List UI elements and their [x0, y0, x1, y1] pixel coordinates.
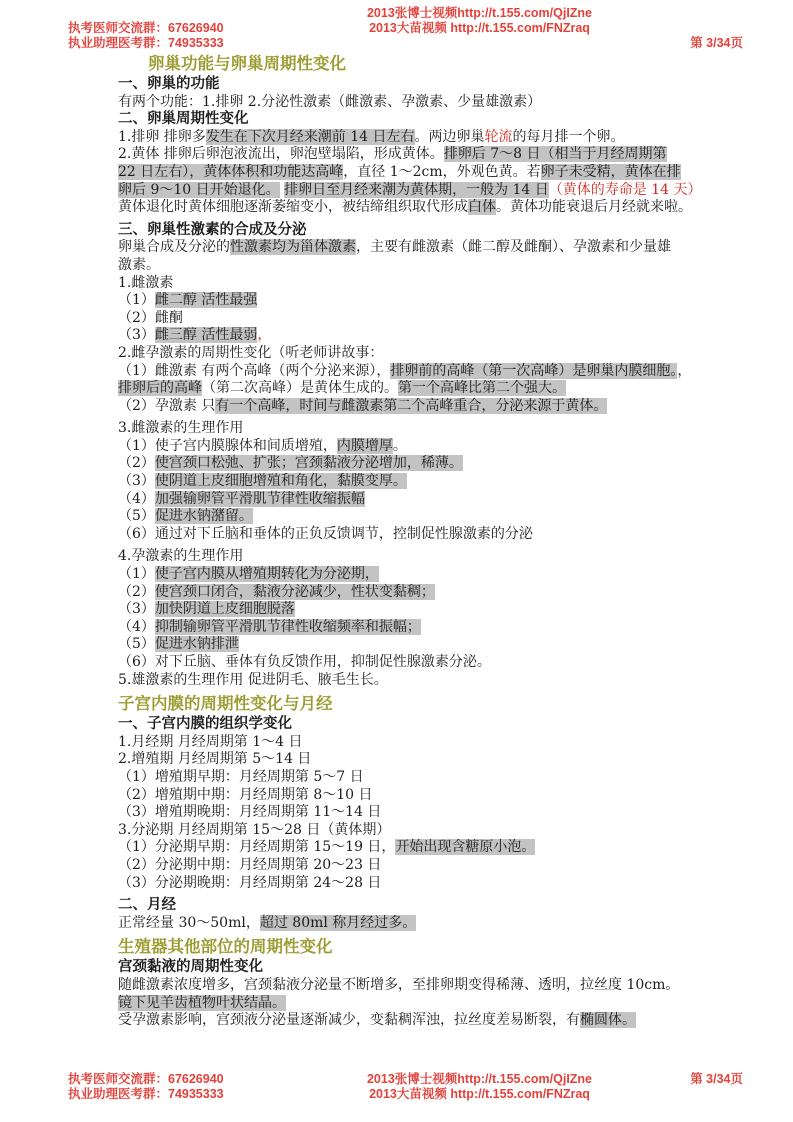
text-segment: （6）对下丘脑、垂体有负反馈作用，抑制促性腺激素分泌。: [118, 654, 491, 670]
text-segment: 正常经量 30～50ml，: [118, 915, 260, 931]
text-segment: 受孕激素影响，宫颈液分泌量逐渐减少，变黏稠浑浊，拉丝度差易断裂，有: [118, 1012, 580, 1028]
highlighted-text: 卵后 9～10 日开始退化。: [118, 182, 280, 198]
footer-center-text: 2013张博士视频http://t.155.com/QjIZne: [308, 1072, 651, 1087]
highlighted-text: 椭圆体。: [580, 1012, 636, 1028]
text-line: （1）雌激素 有两个高峰（两个分泌来源），排卵前的高峰（第一次高峰）是卵巢内膜细…: [118, 363, 792, 381]
text-segment: （第二次高峰）是黄体生成的。: [202, 380, 398, 396]
text-segment: （1）增殖期早期：月经周期第 5～7 日: [118, 769, 364, 785]
text-line: 2.增殖期 月经周期第 5～14 日: [118, 751, 792, 769]
text-line: 1.雌激素: [118, 275, 792, 293]
text-segment: 1.月经期 月经周期第 1～4 日: [118, 734, 303, 750]
highlighted-text: 开始出现含糖原小泡。: [395, 839, 535, 855]
text-line: 有两个功能：1.排卵 2.分泌性激素（雌激素、孕激素、少量雄激素）: [118, 94, 792, 112]
text-segment: （1）: [118, 566, 155, 582]
text-segment: （2）孕激素 只: [118, 398, 215, 414]
text-segment: 二、月经: [118, 897, 176, 913]
text-line: （3）分泌期晚期：月经周期第 24～28 日: [118, 875, 792, 893]
text-segment: 随雌激素浓度增多，宫颈黏液分泌量不断增多，至排卵期变得稀薄、透明，拉丝度 10c…: [118, 977, 679, 993]
text-line: 排卵后的高峰（第二次高峰）是黄体生成的。第一个高峰比第二个强大。: [118, 380, 792, 398]
text-segment: （4）: [118, 491, 155, 507]
text-line: 镜下见羊齿植物叶状结晶。: [118, 995, 792, 1013]
section-heading: 一、子宫内膜的组织学变化: [118, 716, 792, 734]
highlighted-text: 白体: [468, 199, 496, 215]
text-line: （6）对下丘脑、垂体有负反馈作用，抑制促性腺激素分泌。: [118, 654, 792, 672]
text-line: 3.分泌期 月经周期第 15～28 日（黄体期）: [118, 822, 792, 840]
text-segment: 激素。: [118, 257, 160, 273]
header-left-text: 执考医师交流群：67626940: [68, 21, 308, 36]
document-page: 2013张博士视频http://t.155.com/QjIZne执考医师交流群：…: [0, 0, 793, 1122]
text-segment: 。黄体功能衰退后月经就来啦。: [496, 199, 692, 215]
text-segment: 4.孕激素的生理作用: [118, 548, 243, 564]
text-segment: （1）: [118, 292, 155, 308]
text-segment: （3）: [118, 473, 155, 489]
header-right-text: 第 3/34页: [651, 36, 743, 51]
header-left-text: 执业助理医考群：74935333: [68, 36, 308, 51]
footer-right-text: 第 3/34页: [651, 1072, 743, 1087]
highlighted-text: 有一个高峰，时间与雌激素第二个高峰重合，分泌来源于黄体。: [215, 398, 607, 414]
text-line: （1）雌二醇 活性最强: [118, 292, 792, 310]
text-line: 5.雄激素的生理作用 促进阴毛、腋毛生长。: [118, 672, 792, 690]
text-segment: ，直径 1～2cm，外观色黄。若: [343, 164, 540, 180]
text-segment: （1）雌激素 有两个高峰（两个分泌来源），: [118, 363, 390, 379]
text-line: （1）增殖期早期：月经周期第 5～7 日: [118, 769, 792, 787]
header-row: 执考医师交流群：676269402013大苗视频 http://t.155.co…: [68, 21, 743, 36]
text-segment: （3）: [118, 601, 155, 617]
text-segment: （1）使子宫内膜腺体和间质增殖，: [118, 438, 337, 454]
text-line: 2.黄体 排卵后卵泡液流出，卵泡壁塌陷，形成黄体。排卵后 7～8 日（相当于月经…: [118, 146, 792, 164]
section-heading: 一、卵巢的功能: [118, 76, 792, 94]
document-body: 卵巢功能与卵巢周期性变化一、卵巢的功能有两个功能：1.排卵 2.分泌性激素（雌激…: [118, 50, 792, 1030]
text-line: （2）使宫颈口闭合，黏液分泌减少，性状变黏稠；: [118, 584, 792, 602]
header-row: 执业助理医考群：74935333第 3/34页: [68, 36, 743, 51]
text-segment: （2）增殖期中期：月经周期第 8～10 日: [118, 787, 373, 803]
text-segment: 2.增殖期 月经周期第 5～14 日: [118, 751, 311, 767]
text-segment: 卵巢功能与卵巢周期性变化: [148, 55, 346, 73]
highlighted-text: 内膜增厚: [337, 438, 393, 454]
text-line: （3）加快阴道上皮细胞脱落: [118, 601, 792, 619]
text-line: 1.排卵 排卵多发生在下次月经来潮前 14 日左右。两边卵巢轮流的每月排一个卵。: [118, 129, 792, 147]
text-segment: 生殖器其他部位的周期性变化: [118, 938, 333, 956]
header-center-text: 2013张博士视频http://t.155.com/QjIZne: [308, 6, 651, 21]
text-line: 22 日左右），黄体体积和功能达高峰，直径 1～2cm，外观色黄。若卵子未受精，…: [118, 164, 792, 182]
text-segment: （1）分泌期早期：月经周期第 15～19 日，: [118, 839, 395, 855]
text-line: 2.雌孕激素的周期性变化（听老师讲故事：: [118, 345, 792, 363]
highlighted-text: 加快阴道上皮细胞脱落: [155, 601, 295, 617]
text-line: （3）雌三醇 活性最弱，: [118, 327, 792, 345]
text-segment: （3）: [118, 327, 155, 343]
page-header: 2013张博士视频http://t.155.com/QjIZne执考医师交流群：…: [68, 6, 743, 51]
text-segment: 。两边卵巢: [415, 129, 485, 145]
text-line: （1）使子宫内膜腺体和间质增殖，内膜增厚。: [118, 438, 792, 456]
text-segment: （6）通过对下丘脑和垂体的正负反馈调节，控制促性腺激素的分泌: [118, 526, 533, 542]
highlighted-text: 超过 80ml 称月经过多。: [260, 915, 416, 931]
text-segment: 。: [393, 438, 407, 454]
text-line: 1.月经期 月经周期第 1～4 日: [118, 734, 792, 752]
highlighted-text: 排卵后的高峰: [118, 380, 202, 396]
section-title: 生殖器其他部位的周期性变化: [118, 937, 792, 957]
text-segment: 子宫内膜的周期性变化与月经: [118, 695, 333, 713]
text-line: （2）增殖期中期：月经周期第 8～10 日: [118, 787, 792, 805]
footer-row: 执考医师交流群：676269402013张博士视频http://t.155.co…: [68, 1072, 743, 1087]
red-emphasis-text: 轮流: [485, 129, 513, 145]
text-segment: ，主要有雌激素（雌二醇及雌酮）、孕激素和少量雄: [356, 239, 671, 255]
text-line: （2）孕激素 只有一个高峰，时间与雌激素第二个高峰重合，分泌来源于黄体。: [118, 398, 792, 416]
highlighted-text: 抑制输卵管平滑肌节律性收缩频率和振幅；: [155, 619, 421, 635]
text-line: 正常经量 30～50ml，超过 80ml 称月经过多。: [118, 915, 792, 933]
highlighted-text: 发生在下次月经来潮前 14 日左右: [206, 129, 415, 145]
text-line: （3）增殖期晚期：月经周期第 11～14 日: [118, 804, 792, 822]
highlighted-text: 第一个高峰比第二个强大。: [398, 380, 566, 396]
red-emphasis-text: （黄体的寿命是 14 天）: [549, 182, 702, 198]
section-heading: 二、月经: [118, 897, 792, 915]
highlighted-text: 镜下见羊齿植物叶状结晶。: [118, 995, 286, 1011]
section-heading: 三、卵巢性激素的合成及分泌: [118, 222, 792, 240]
text-segment: 一、卵巢的功能: [118, 76, 220, 92]
text-line: （2）雌酮: [118, 310, 792, 328]
section-title: 卵巢功能与卵巢周期性变化: [118, 54, 792, 74]
text-segment: 一、子宫内膜的组织学变化: [118, 716, 292, 732]
text-segment: （2）: [118, 455, 155, 471]
text-segment: （4）: [118, 619, 155, 635]
text-segment: （3）增殖期晚期：月经周期第 11～14 日: [118, 804, 381, 820]
section-heading: 宫颈黏液的周期性变化: [118, 959, 792, 977]
text-segment: （2）雌酮: [118, 310, 183, 326]
text-line: （6）通过对下丘脑和垂体的正负反馈调节，控制促性腺激素的分泌: [118, 526, 792, 544]
highlighted-text: 使宫颈口松弛、扩张；宫颈黏液分泌增加，稀薄。: [155, 455, 463, 471]
text-segment: 卵巢合成及分泌的: [118, 239, 230, 255]
text-line: （4）抑制输卵管平滑肌节律性收缩频率和振幅；: [118, 619, 792, 637]
text-line: 卵后 9～10 日开始退化。 排卵日至月经来潮为黄体期，一般为 14 日（黄体的…: [118, 182, 792, 200]
highlighted-text: 排卵前的高峰（第一次高峰）是卵巢内膜细胞。: [390, 363, 677, 379]
text-line: 3.雌激素的生理作用: [118, 420, 792, 438]
text-segment: （5）: [118, 636, 155, 652]
text-segment: 黄体退化时黄体细胞逐渐萎缩变小，被结缔组织取代形成: [118, 199, 468, 215]
text-segment: 1.排卵 排卵多: [118, 129, 206, 145]
text-segment: 2.黄体 排卵后卵泡液流出，卵泡壁塌陷，形成黄体。: [118, 146, 444, 162]
header-center-text: 2013大苗视频 http://t.155.com/FNZraq: [308, 21, 651, 36]
highlighted-text: 促进水钠排泄: [155, 636, 239, 652]
text-line: 受孕激素影响，宫颈液分泌量逐渐减少，变黏稠浑浊，拉丝度差易断裂，有椭圆体。: [118, 1012, 792, 1030]
text-segment: 二、卵巢周期性变化: [118, 111, 249, 127]
text-line: 随雌激素浓度增多，宫颈黏液分泌量不断增多，至排卵期变得稀薄、透明，拉丝度 10c…: [118, 977, 792, 995]
highlighted-text: 性激素均为甾体激素: [230, 239, 356, 255]
text-line: （1）使子宫内膜从增殖期转化为分泌期，: [118, 566, 792, 584]
footer-row: 执业助理医考群：749353332013大苗视频 http://t.155.co…: [68, 1087, 743, 1102]
section-title: 子宫内膜的周期性变化与月经: [118, 694, 792, 714]
highlighted-text: 加强输卵管平滑肌节律性收缩振幅: [155, 491, 365, 507]
text-line: 激素。: [118, 257, 792, 275]
text-segment: （3）分泌期晚期：月经周期第 24～28 日: [118, 875, 381, 891]
text-line: 卵巢合成及分泌的性激素均为甾体激素，主要有雌激素（雌二醇及雌酮）、孕激素和少量雄: [118, 239, 792, 257]
text-segment: ，: [677, 363, 691, 379]
text-segment: 5.雄激素的生理作用 促进阴毛、腋毛生长。: [118, 672, 388, 688]
page-footer: 执考医师交流群：676269402013张博士视频http://t.155.co…: [68, 1072, 743, 1102]
text-segment: 2.雌孕激素的周期性变化（听老师讲故事：: [118, 345, 383, 361]
text-segment: 有两个功能：1.排卵 2.分泌性激素（雌激素、孕激素、少量雄激素）: [118, 94, 541, 110]
footer-center-text: 2013大苗视频 http://t.155.com/FNZraq: [308, 1087, 651, 1102]
highlighted-text: 促进水钠潴留。: [155, 508, 253, 524]
red-emphasis-text: ，: [257, 327, 271, 343]
text-segment: （2）分泌期中期：月经周期第 20～23 日: [118, 857, 381, 873]
text-segment: （2）: [118, 584, 155, 600]
highlighted-text: 排卵日至月经来潮为黄体期，一般为 14 日: [284, 182, 549, 198]
footer-left-text: 执业助理医考群：74935333: [68, 1087, 308, 1102]
section-heading: 二、卵巢周期性变化: [118, 111, 792, 129]
text-line: 黄体退化时黄体细胞逐渐萎缩变小，被结缔组织取代形成白体。黄体功能衰退后月经就来啦…: [118, 199, 792, 217]
text-segment: 三、卵巢性激素的合成及分泌: [118, 222, 307, 238]
highlighted-text: 使宫颈口闭合，黏液分泌减少，性状变黏稠；: [155, 584, 435, 600]
highlighted-text: 雌三醇 活性最弱: [155, 327, 257, 343]
header-row: 2013张博士视频http://t.155.com/QjIZne: [68, 6, 743, 21]
text-line: （3）使阴道上皮细胞增殖和角化，黏膜变厚。: [118, 473, 792, 491]
text-line: （2）使宫颈口松弛、扩张；宫颈黏液分泌增加，稀薄。: [118, 455, 792, 473]
text-segment: 3.分泌期 月经周期第 15～28 日（黄体期）: [118, 822, 390, 838]
text-segment: 的每月排一个卵。: [513, 129, 625, 145]
text-line: （1）分泌期早期：月经周期第 15～19 日，开始出现含糖原小泡。: [118, 839, 792, 857]
highlighted-text: 使子宫内膜从增殖期转化为分泌期，: [155, 566, 379, 582]
highlighted-text: 排卵后 7～8 日（相当于月经周期第: [444, 146, 667, 162]
text-segment: 3.雌激素的生理作用: [118, 420, 243, 436]
text-line: 4.孕激素的生理作用: [118, 548, 792, 566]
highlighted-text: 雌二醇 活性最强: [155, 292, 257, 308]
text-segment: 宫颈黏液的周期性变化: [118, 959, 263, 975]
highlighted-text: 22 日左右），黄体体积和功能达高峰: [118, 164, 343, 180]
text-segment: （5）: [118, 508, 155, 524]
text-line: （5）促进水钠潴留。: [118, 508, 792, 526]
text-line: （4）加强输卵管平滑肌节律性收缩振幅: [118, 491, 792, 509]
text-line: （2）分泌期中期：月经周期第 20～23 日: [118, 857, 792, 875]
text-segment: 1.雌激素: [118, 275, 173, 291]
highlighted-text: 使阴道上皮细胞增殖和角化，黏膜变厚。: [155, 473, 407, 489]
highlighted-text: 卵子未受精，黄体在排: [541, 164, 681, 180]
text-line: （5）促进水钠排泄: [118, 636, 792, 654]
footer-left-text: 执考医师交流群：67626940: [68, 1072, 308, 1087]
